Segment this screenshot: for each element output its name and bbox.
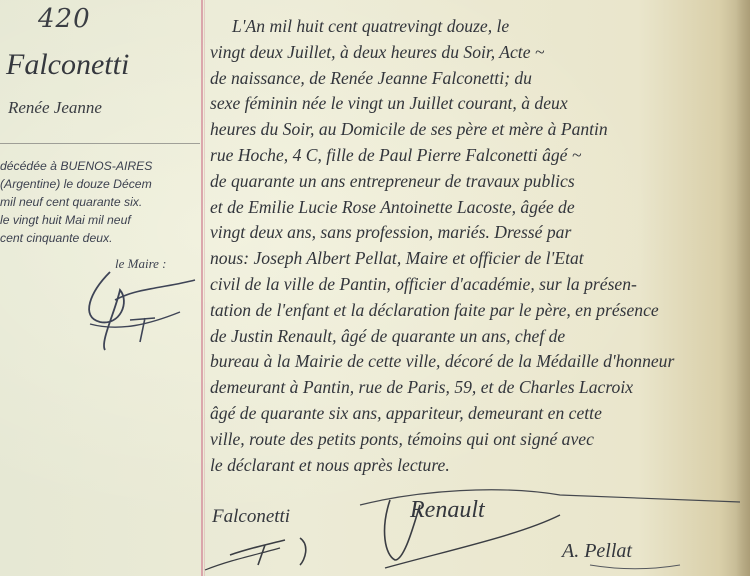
act-body: L'An mil huit cent quatrevingt douze, le… [210,14,740,478]
margin-rule-secondary [204,0,205,576]
death-annotation-line: le vingt huit Mai mil neuf [0,211,200,229]
act-line: nous: Joseph Albert Pellat, Maire et off… [210,246,740,272]
signature-witness-renault: Renault [410,497,485,524]
acte-number: 420 [38,4,91,34]
margin-surname: Falconetti [6,48,129,82]
death-annotation: décédée à BUENOS-AIRES (Argentine) le do… [0,157,200,247]
act-line: de naissance, de Renée Jeanne Falconetti… [210,66,740,92]
act-line: le déclarant et nous après lecture. [210,453,740,479]
margin-rule [201,0,203,576]
act-line: âgé de quarante six ans, appariteur, dem… [210,401,740,427]
act-line: ville, route des petits ponts, témoins q… [210,427,740,453]
act-line: tation de l'enfant et la déclaration fai… [210,298,740,324]
act-line: vingt deux ans, sans profession, mariés.… [210,220,740,246]
act-line: civil de la ville de Pantin, officier d'… [210,272,740,298]
maire-signature-icon [70,262,200,352]
signature-officer: A. Pellat [562,540,632,563]
margin-divider [0,143,200,144]
margin-given-names: Renée Jeanne [8,98,102,118]
act-line: rue Hoche, 4 C, fille de Paul Pierre Fal… [210,143,740,169]
act-line: L'An mil huit cent quatrevingt douze, le [210,14,740,40]
signature-declarant: Falconetti [212,506,290,528]
act-line: bureau à la Mairie de cette ville, décor… [210,349,740,375]
act-line: et de Emilie Lucie Rose Antoinette Lacos… [210,195,740,221]
death-annotation-line: mil neuf cent quarante six. [0,193,200,211]
death-annotation-line: décédée à BUENOS-AIRES [0,157,200,175]
act-line: de quarante un ans entrepreneur de trava… [210,169,740,195]
act-line: heures du Soir, au Domicile de ses père … [210,117,740,143]
register-page: 420 Falconetti Renée Jeanne décédée à BU… [0,0,750,576]
act-line: vingt deux Juillet, à deux heures du Soi… [210,40,740,66]
act-line: sexe féminin née le vingt un Juillet cou… [210,91,740,117]
act-line: de Justin Renault, âgé de quarante un an… [210,324,740,350]
death-annotation-line: (Argentine) le douze Décem [0,175,200,193]
act-line: demeurant à Pantin, rue de Paris, 59, et… [210,375,740,401]
death-annotation-line: cent cinquante deux. [0,229,200,247]
